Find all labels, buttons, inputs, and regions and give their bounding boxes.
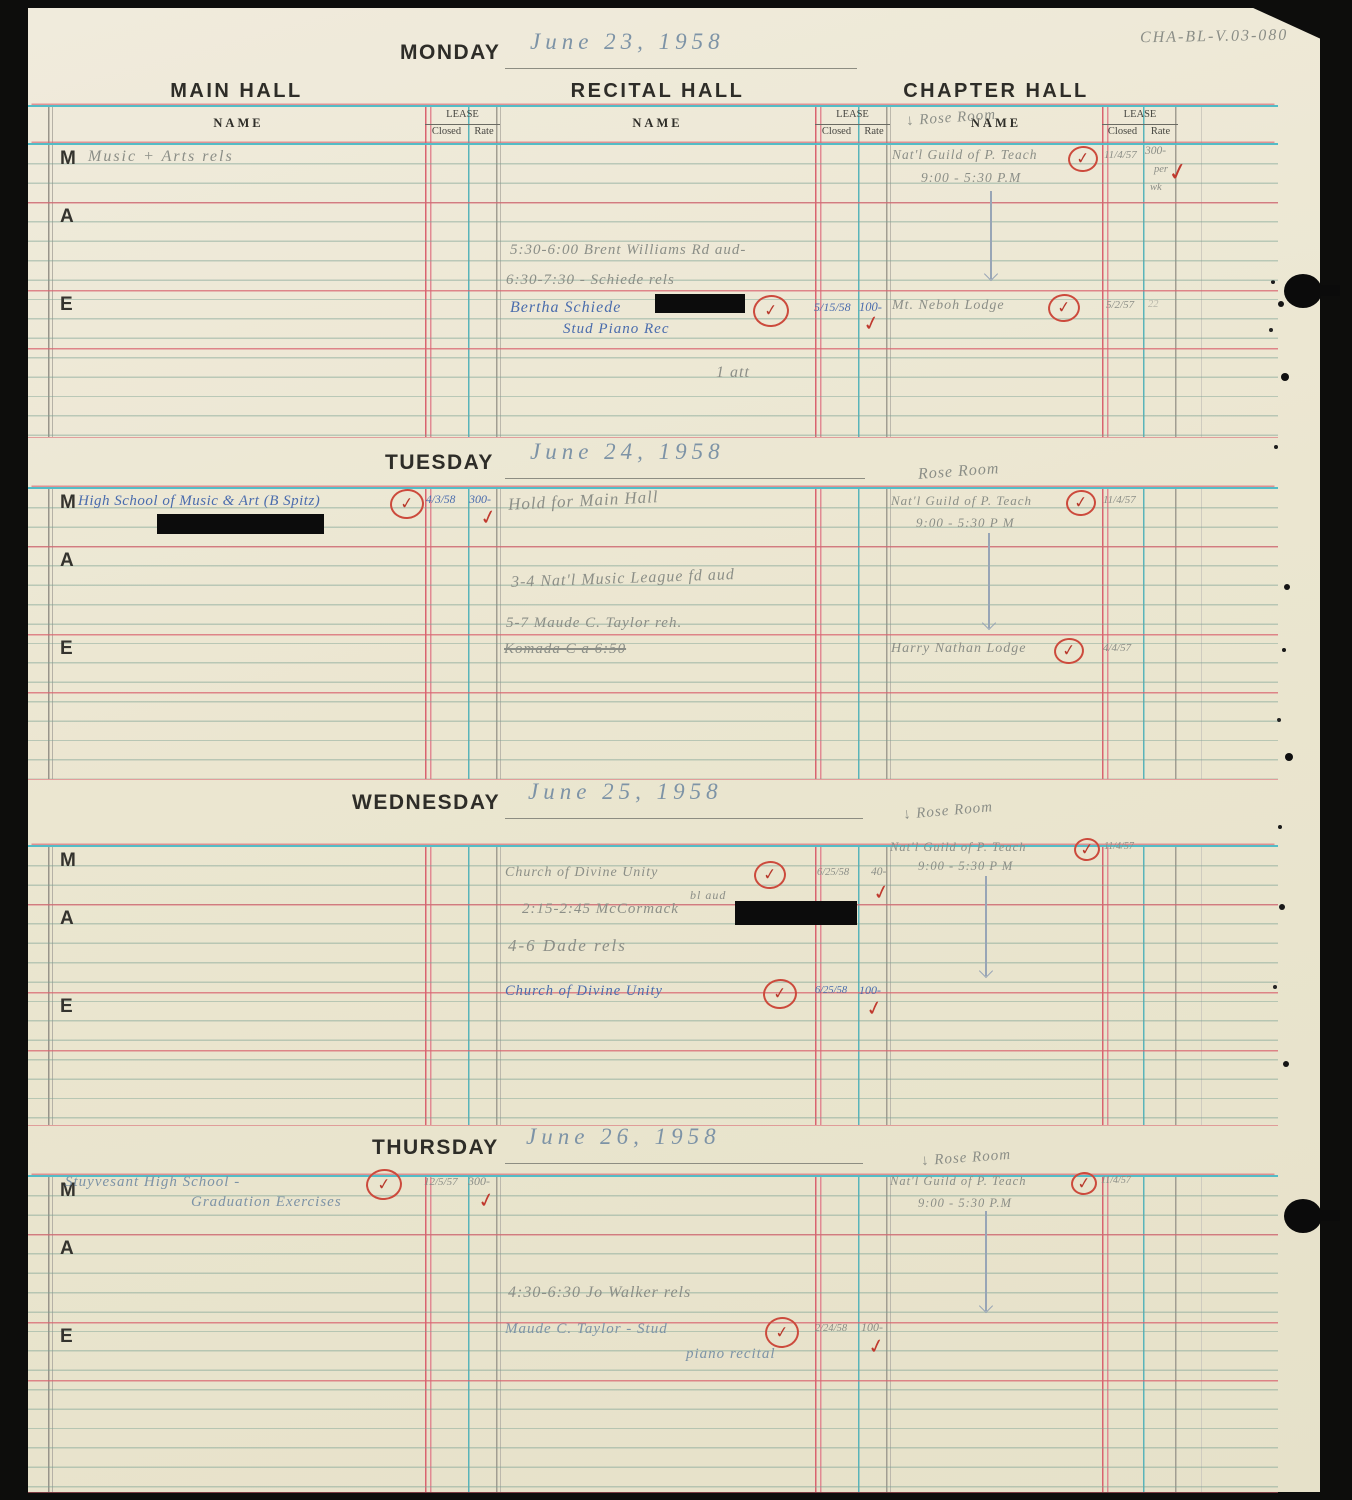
lease-header-chapter: LEASE <box>1102 109 1178 120</box>
date-monday: June 23, 1958 <box>530 29 725 55</box>
entry-tue-chapter-m-name: Nat'l Guild of P. Teach <box>891 493 1032 509</box>
entry-wed-chapter-m-closed: 11/4/57 <box>1104 841 1134 852</box>
date-thursday: June 26, 1958 <box>526 1124 721 1150</box>
redaction-bar <box>655 294 745 313</box>
name-header-recital: NAME <box>500 116 815 131</box>
row-label-morning: M <box>60 492 76 514</box>
lease-divider <box>1102 124 1178 125</box>
row-label-afternoon: A <box>60 206 74 228</box>
entry-wed-recital-a-name: Church of Divine Unity <box>505 865 658 881</box>
entry-tue-recital-e-line: 5-7 Maude C. Taylor reh. <box>506 615 682 632</box>
entry-mon-chapter-e-closed: 5/2/57 <box>1106 299 1134 311</box>
day-title-tuesday: TUESDAY <box>385 451 494 475</box>
column-header-band: NAME LEASE Closed Rate NAME LEASE Closed… <box>28 105 1278 144</box>
entry-mon-recital-e-closed: 5/15/58 <box>814 300 851 315</box>
day-title-wednesday: WEDNESDAY <box>352 791 500 815</box>
hall-title-chapter: CHAPTER HALL <box>890 80 1102 103</box>
entry-thu-recital-e-closed: 2/24/58 <box>815 1323 847 1334</box>
entry-wed-chapter-m-name: Nat'l Guild of P. Teach <box>890 840 1026 855</box>
row-label-evening: E <box>60 638 73 660</box>
row-label-evening: E <box>60 294 73 316</box>
hall-title-main: MAIN HALL <box>48 80 425 103</box>
entry-mon-recital-e-desc: Stud Piano Rec <box>563 321 669 338</box>
hole-punch-bottom <box>1284 1199 1322 1233</box>
day-title-thursday: THURSDAY <box>372 1136 499 1160</box>
archive-tag: CHA-BL-V.03-080 <box>1140 27 1289 48</box>
entry-thu-recital-e-desc: piano recital <box>686 1346 776 1363</box>
row-label-afternoon: A <box>60 1238 74 1260</box>
day-title-monday: MONDAY <box>400 41 500 65</box>
ledger-page: CHA-BL-V.03-080 MONDAY June 23, 1958 MAI… <box>28 8 1320 1492</box>
lease-header-recital: LEASE <box>815 109 890 120</box>
rate-header-recital: Rate <box>858 126 890 137</box>
entry-thu-recital-e-name: Maude C. Taylor - Stud <box>505 1321 668 1338</box>
entry-tue-main-m-closed: 4/3/58 <box>426 494 455 506</box>
entry-mon-chapter-m-closed: 11/4/57 <box>1104 149 1137 161</box>
row-label-morning: M <box>60 850 76 872</box>
entry-wed-recital-a-rate: 40- <box>871 866 886 878</box>
row-label-morning: M <box>60 148 76 170</box>
name-header-main: NAME <box>52 116 425 131</box>
row-label-afternoon: A <box>60 550 74 572</box>
date-underline <box>505 67 857 69</box>
row-label-afternoon: A <box>60 908 74 930</box>
lease-divider <box>815 124 890 125</box>
entry-tue-recital-struck-line: Komada C a 6:50 <box>504 641 626 658</box>
hole-punch-top <box>1284 274 1322 308</box>
entry-wed-recital-a-line2-note: bl aud <box>690 888 726 903</box>
closed-header-main: Closed <box>425 126 468 137</box>
entry-mon-chapter-m-time: 9:00 - 5:30 P.M <box>921 170 1021 186</box>
entry-thu-chapter-room-note: ↓ Rose Room <box>921 1147 1012 1170</box>
entry-mon-main-m: Music + Arts rels <box>88 148 234 166</box>
hall-title-recital: RECITAL HALL <box>500 80 815 103</box>
entry-thu-chapter-m-time: 9:00 - 5:30 P.M <box>918 1196 1012 1211</box>
entry-tue-chapter-e-closed: 4/4/57 <box>1103 642 1131 654</box>
entry-mon-chapter-m-name: Nat'l Guild of P. Teach <box>892 147 1038 163</box>
entry-thu-chapter-m-closed: 11/4/57 <box>1101 1175 1131 1186</box>
date-wednesday: June 25, 1958 <box>528 779 723 805</box>
entry-mon-chapter-e-rate: 22 <box>1148 299 1159 310</box>
date-underline <box>505 477 865 479</box>
entry-tue-chapter-room-note: Rose Room <box>917 460 999 484</box>
entry-wed-recital-e-name: Church of Divine Unity <box>505 983 663 1000</box>
date-underline <box>505 1162 863 1164</box>
entry-thu-recital-a-line: 4:30-6:30 Jo Walker rels <box>508 1284 691 1302</box>
entry-wed-recital-e-closed: 6/25/58 <box>815 985 847 996</box>
rate-header-chapter: Rate <box>1143 126 1178 137</box>
redaction-bar <box>157 514 324 534</box>
entry-tue-main-m-name: High School of Music & Art (B Spitz) <box>78 493 320 510</box>
rate-header-main: Rate <box>468 126 500 137</box>
date-tuesday: June 24, 1958 <box>530 439 725 465</box>
entry-thu-main-m-desc: Graduation Exercises <box>191 1194 342 1211</box>
entry-mon-chapter-m-rate-wk: wk <box>1150 182 1162 193</box>
row-label-evening: E <box>60 1326 73 1348</box>
entry-wed-chapter-room-note: ↓ Rose Room <box>902 799 993 824</box>
lease-divider <box>425 124 500 125</box>
entry-thu-main-m-name: Stuyvesant High School - <box>65 1174 240 1191</box>
closed-header-recital: Closed <box>815 126 858 137</box>
entry-mon-chapter-e-name: Mt. Neboh Lodge <box>892 298 1005 314</box>
down-arrow-icon <box>990 191 992 279</box>
down-arrow-icon <box>988 533 990 628</box>
entry-thu-chapter-m-name: Nat'l Guild of P. Teach <box>890 1174 1026 1189</box>
entry-mon-recital-e-name: Bertha Schiede <box>510 299 621 317</box>
entry-wed-chapter-m-time: 9:00 - 5:30 P M <box>918 859 1013 874</box>
down-arrow-icon <box>985 1211 987 1311</box>
closed-header-chapter: Closed <box>1102 126 1143 137</box>
entry-wed-recital-a-line2: 2:15-2:45 McCormack <box>522 901 679 918</box>
entry-mon-recital-line1: 5:30-6:00 Brent Williams Rd aud- <box>510 242 746 259</box>
entry-wed-recital-a-line3: 4-6 Dade rels <box>508 936 627 956</box>
entry-tue-chapter-m-time: 9:00 - 5:30 P M <box>916 515 1015 531</box>
down-arrow-icon <box>985 876 987 976</box>
entry-tue-chapter-e-name: Harry Nathan Lodge <box>891 641 1026 657</box>
entry-tue-chapter-m-closed: 11/4/57 <box>1103 494 1136 506</box>
redaction-bar <box>735 901 857 925</box>
monday-grid: M A E <box>28 143 1278 438</box>
entry-mon-recital-note: 1 att <box>716 364 750 382</box>
entry-mon-chapter-m-rate: 300- <box>1145 145 1166 157</box>
entry-wed-recital-a-closed: 6/25/58 <box>817 867 849 878</box>
lease-header-main: LEASE <box>425 109 500 120</box>
entry-thu-main-m-closed: 12/5/57 <box>424 1176 458 1188</box>
date-underline <box>505 817 863 819</box>
row-label-evening: E <box>60 996 73 1018</box>
entry-mon-recital-line2: 6:30-7:30 - Schiede rels <box>506 272 675 289</box>
